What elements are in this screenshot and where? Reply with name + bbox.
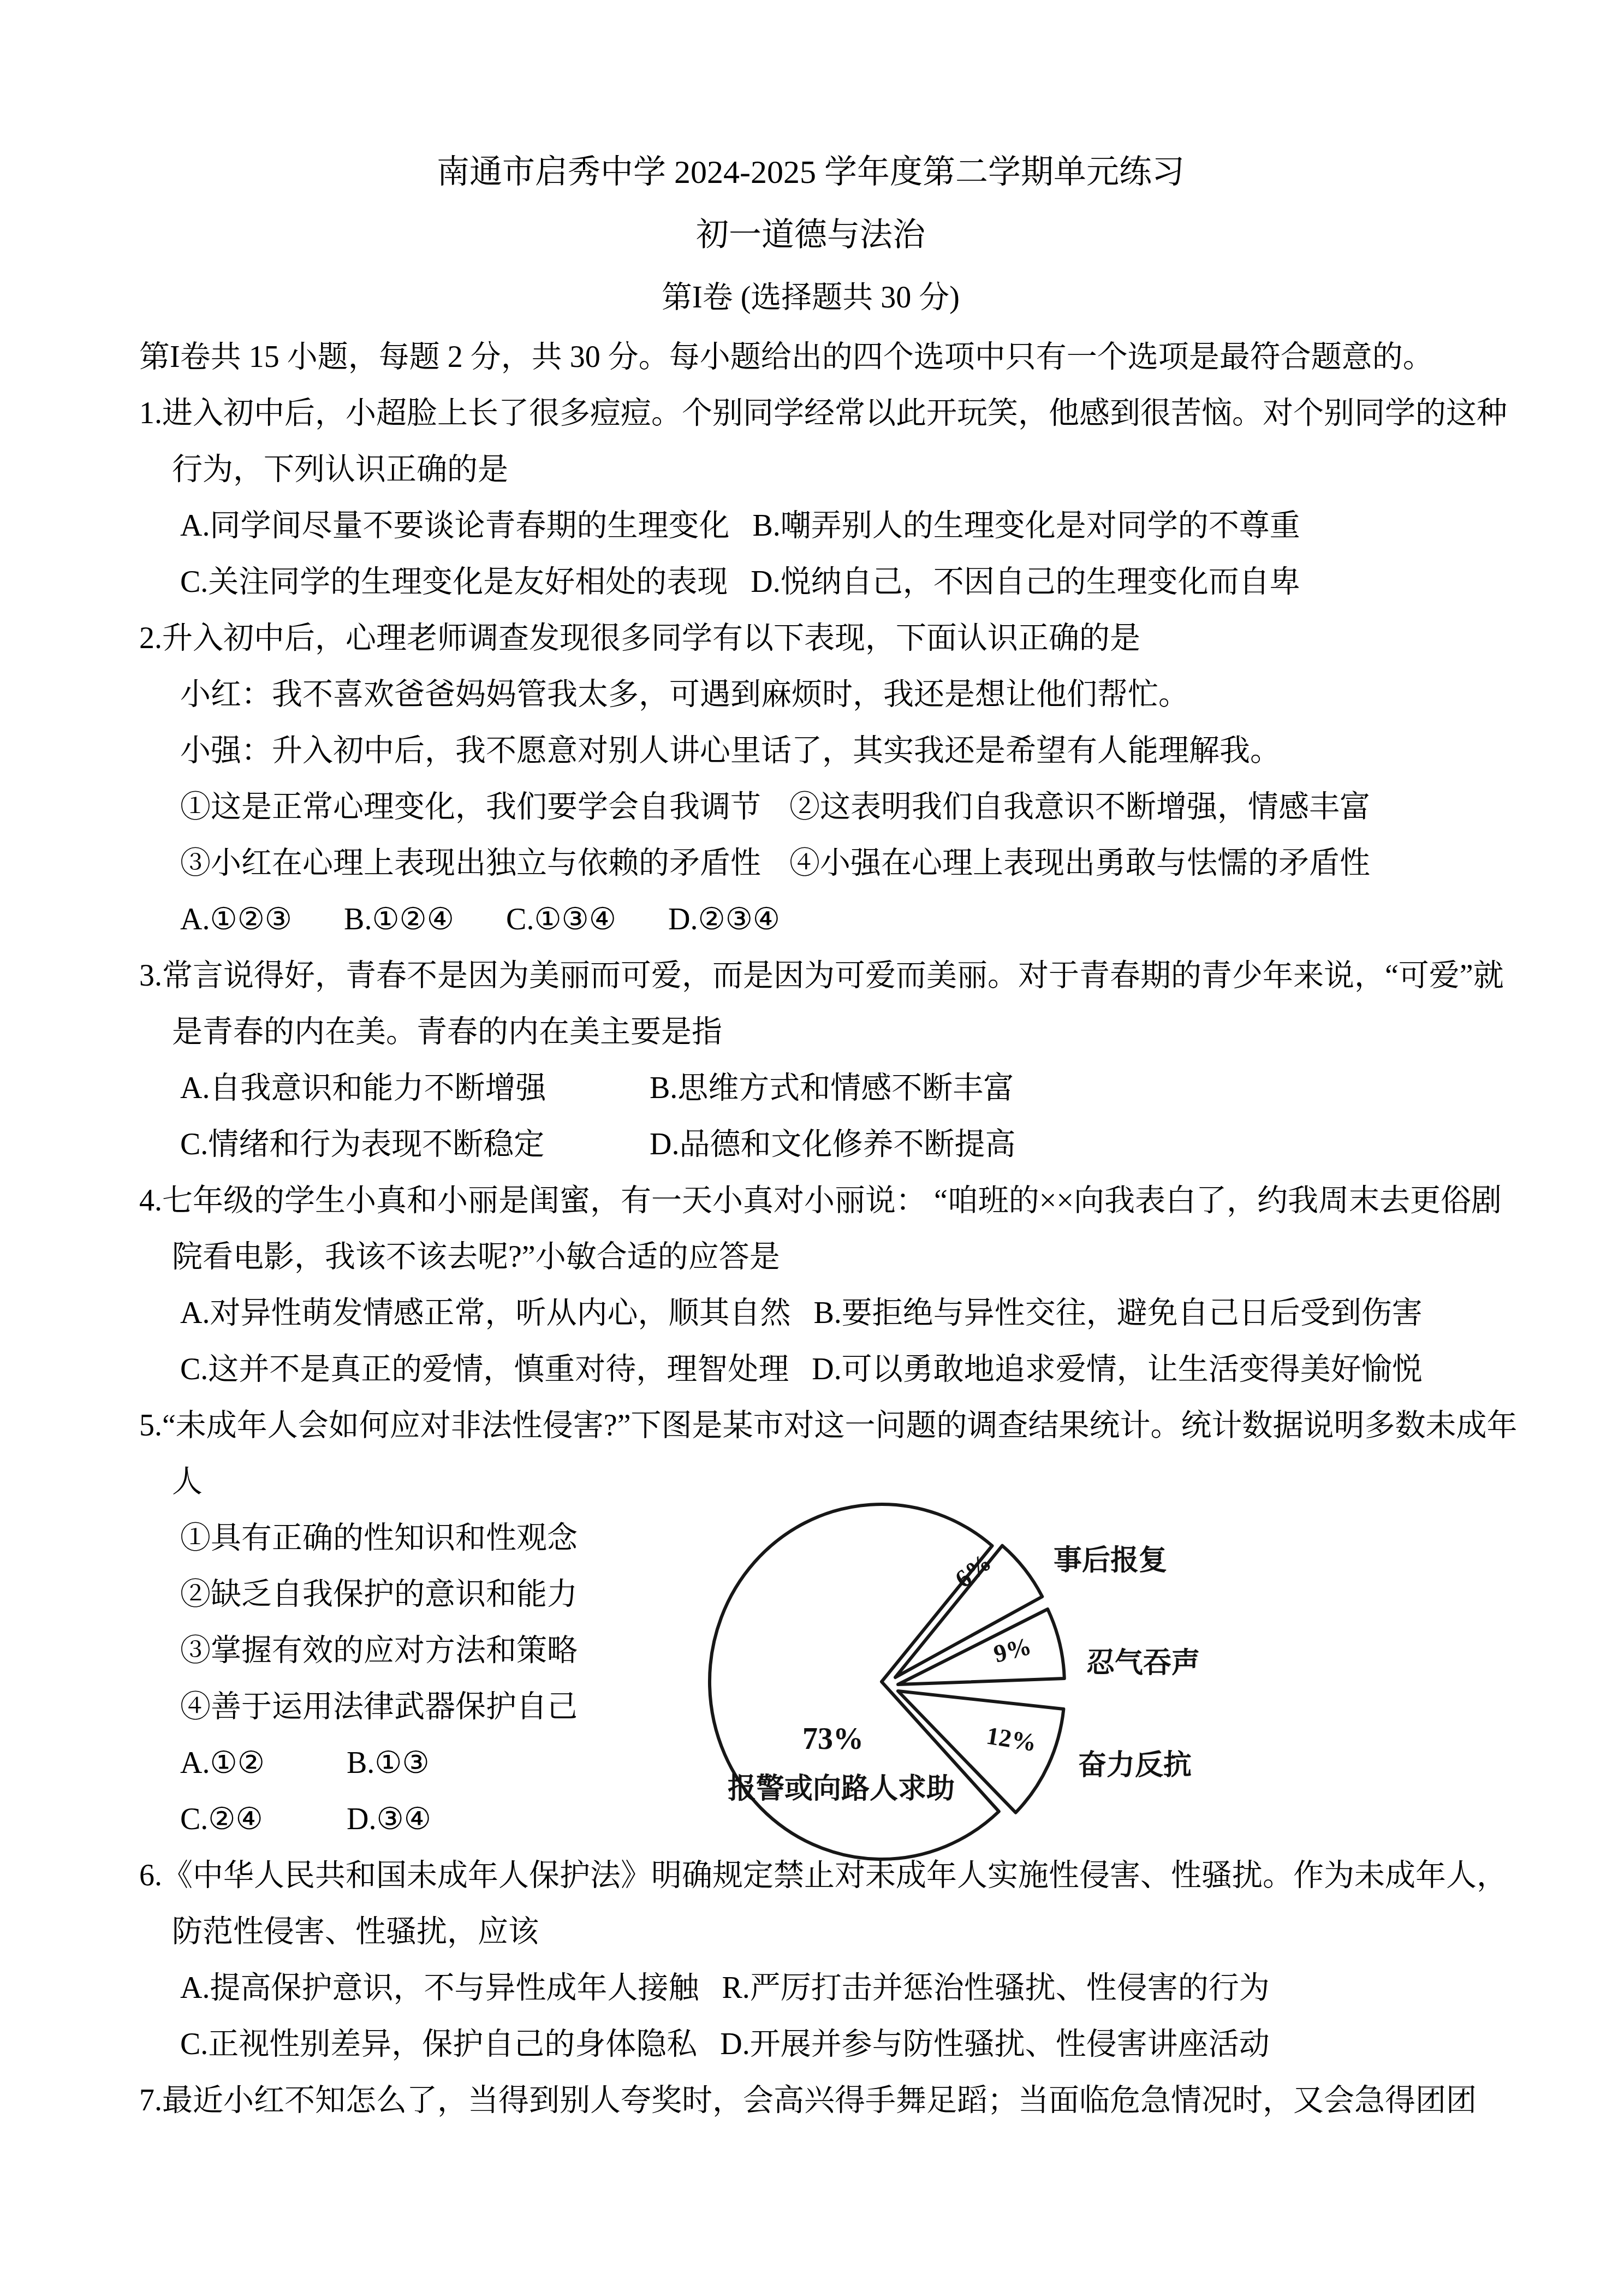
q1-line1: 1.进入初中后，小超脸上长了很多痘痘。个别同学经常以此开玩笑，他感到很苦恼。对个… [139, 385, 1482, 442]
q2-options: A.①②③B.①②④C.①③④D.②③④ [180, 892, 1482, 948]
q4-options-cd: C.这并不是真正的爱情，慎重对待，理智处理D.可以勇敢地追求爱情，让生活变得美好… [180, 1342, 1482, 1398]
q2-option-d: D.②③④ [668, 903, 780, 936]
page-subtitle: 初一道德与法治 [139, 204, 1482, 266]
q3-line1: 3.常言说得好，青春不是因为美丽而可爱，而是因为可爱而美丽。对于青春期的青少年来… [139, 948, 1482, 1004]
q6-option-c: C.正视性别差异，保护自己的身体隐私 [180, 2027, 697, 2061]
q3-line2: 是青春的内在美。青春的内在美主要是指 [172, 1004, 1482, 1060]
q2-line1: 2.升入初中后，心理老师调查发现很多同学有以下表现，下面认识正确的是 [139, 610, 1482, 667]
q6-line2: 防范性侵害、性骚扰，应该 [172, 1904, 1482, 1960]
q7-line1: 7.最近小红不知怎么了，当得到别人夸奖时，会高兴得手舞足蹈；当面临危急情况时，又… [139, 2073, 1482, 2129]
q4-options-ab: A.对异性萌发情感正常，听从内心，顺其自然B.要拒绝与异性交往，避免自己日后受到… [180, 1285, 1482, 1342]
q4-option-a: A.对异性萌发情感正常，听从内心，顺其自然 [180, 1296, 790, 1330]
q6-option-b: R.严厉打击并惩治性骚扰、性侵害的行为 [722, 1971, 1269, 2005]
q6-option-d: D.开展并参与防性骚扰、性侵害讲座活动 [720, 2027, 1269, 2061]
q4-line2: 院看电影，我该不该去呢?”小敏合适的应答是 [172, 1229, 1482, 1285]
q1-options-cd: C.关注同学的生理变化是友好相处的表现D.悦纳自己，不因自己的生理变化而自卑 [180, 554, 1482, 610]
q2-item-1: ①这是正常心理变化，我们要学会自我调节 [180, 790, 761, 824]
q5-option-d: D.③④ [347, 1802, 431, 1836]
q4-option-c: C.这并不是真正的爱情，慎重对待，理智处理 [180, 1352, 789, 1386]
q2-option-a: A.①②③ [180, 903, 292, 936]
q2-items-34: ③小红在心理上表现出独立与依赖的矛盾性④小强在心理上表现出勇敢与怯懦的矛盾性 [180, 835, 1482, 892]
q2-option-c: C.①③④ [506, 903, 616, 936]
q1-option-b: B.嘲弄别人的生理变化是对同学的不尊重 [752, 509, 1300, 543]
q6-option-a: A.提高保护意识，不与异性成年人接触 [180, 1971, 699, 2005]
pie-label-fenli-fankang: 奋力反抗 [1078, 1749, 1192, 1781]
q3-options-ab: A.自我意识和能力不断增强B.思维方式和情感不断丰富 [180, 1060, 1482, 1117]
q2-item-4: ④小强在心理上表现出勇敢与怯懦的矛盾性 [789, 846, 1370, 880]
exam-page: 南通市启秀中学 2024-2025 学年度第二学期单元练习 初一道德与法治 第I… [0, 0, 1624, 2296]
q2-xiaoqiang: 小强：升入初中后，我不愿意对别人讲心里话了，其实我还是希望有人能理解我。 [180, 723, 1482, 779]
q2-item-2: ②这表明我们自我意识不断增强，情感丰富 [789, 790, 1370, 824]
q2-xiaohong: 小红：我不喜欢爸爸妈妈管我太多，可遇到麻烦时，我还是想让他们帮忙。 [180, 667, 1482, 723]
q2-items-12: ①这是正常心理变化，我们要学会自我调节②这表明我们自我意识不断增强，情感丰富 [180, 779, 1482, 835]
q3-options-cd: C.情绪和行为表现不断稳定D.品德和文化修养不断提高 [180, 1117, 1482, 1173]
q4-option-b: B.要拒绝与异性交往，避免自己日后受到伤害 [813, 1296, 1422, 1330]
pie-chart: 6% 9% 12% 事后报复 忍气吞声 奋力反抗 73% 报警或向路人求助 [701, 1499, 1275, 1870]
q6-options-cd: C.正视性别差异，保护自己的身体隐私D.开展并参与防性骚扰、性侵害讲座活动 [180, 2016, 1482, 2073]
q6-options-ab: A.提高保护意识，不与异性成年人接触R.严厉打击并惩治性骚扰、性侵害的行为 [180, 1960, 1482, 2016]
q3-option-d: D.品德和文化修养不断提高 [650, 1128, 1015, 1161]
q5-line1: 5.“未成年人会如何应对非法性侵害?”下图是某市对这一问题的调查结果统计。统计数… [139, 1398, 1482, 1454]
pie-value-73: 73% [802, 1722, 864, 1756]
pie-label-shihou-baofu: 事后报复 [1054, 1545, 1167, 1576]
q5-option-c: C.②④ [180, 1791, 347, 1848]
pie-label-renqi-tunsheng: 忍气吞声 [1086, 1647, 1200, 1679]
pie-label-baojing: 报警或向路人求助 [728, 1773, 955, 1805]
q2-item-3: ③小红在心理上表现出独立与依赖的矛盾性 [180, 846, 761, 880]
q1-options-ab: A.同学间尽量不要谈论青春期的生理变化B.嘲弄别人的生理变化是对同学的不尊重 [180, 498, 1482, 554]
q3-option-c: C.情绪和行为表现不断稳定 [180, 1117, 650, 1173]
q3-option-a: A.自我意识和能力不断增强 [180, 1060, 650, 1117]
q5-option-a: A.①② [180, 1735, 347, 1791]
q1-line2: 行为，下列认识正确的是 [172, 442, 1482, 498]
q1-option-d: D.悦纳自己，不因自己的生理变化而自卑 [751, 565, 1300, 599]
q5-option-b: B.①③ [347, 1746, 430, 1780]
section-heading: 第I卷 (选择题共 30 分) [139, 266, 1482, 329]
q1-option-a: A.同学间尽量不要谈论青春期的生理变化 [180, 509, 729, 543]
q1-option-c: C.关注同学的生理变化是友好相处的表现 [180, 565, 728, 599]
q2-option-b: B.①②④ [344, 903, 454, 936]
page-title: 南通市启秀中学 2024-2025 学年度第二学期单元练习 [139, 141, 1482, 204]
q4-option-d: D.可以勇敢地追求爱情，让生活变得美好愉悦 [812, 1352, 1422, 1386]
exam-instructions: 第I卷共 15 小题，每题 2 分，共 30 分。每小题给出的四个选项中只有一个… [139, 329, 1482, 385]
q3-option-b: B.思维方式和情感不断丰富 [650, 1071, 1014, 1105]
q4-line1: 4.七年级的学生小真和小丽是闺蜜，有一天小真对小丽说： “咱班的××向我表白了，… [139, 1173, 1482, 1229]
